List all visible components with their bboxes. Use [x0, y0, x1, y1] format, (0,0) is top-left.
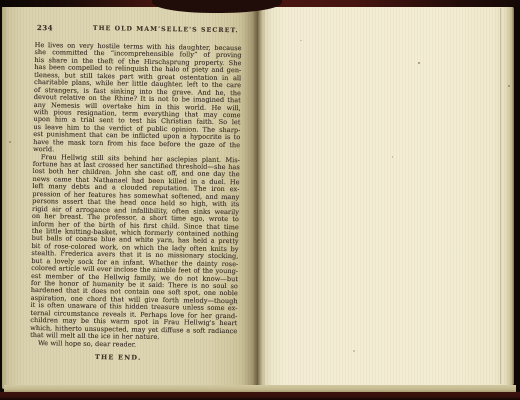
left-page-content: 234 THE OLD MAM'SELLE'S SECRET. He lives…	[30, 23, 242, 363]
page-edge-line	[500, 8, 501, 384]
scanned-book-photo: 234 THE OLD MAM'SELLE'S SECRET. He lives…	[0, 0, 520, 400]
paper-texture	[258, 6, 514, 386]
right-page-blank	[258, 6, 514, 386]
foxing-speck	[300, 40, 302, 41]
page-header: 234 THE OLD MAM'SELLE'S SECRET.	[35, 23, 242, 34]
foxing-speck	[9, 141, 11, 143]
foxing-speck	[392, 156, 393, 158]
running-header: THE OLD MAM'SELLE'S SECRET.	[93, 25, 234, 34]
foxing-speck	[353, 350, 355, 352]
page-block-bottom-edge	[4, 385, 516, 392]
foxing-speck	[508, 85, 510, 87]
gutter-fold-highlight	[265, 6, 268, 386]
body-text: He lives on very hostile terms with his …	[30, 42, 242, 350]
book-cover-bottom-edge	[0, 392, 520, 400]
page-number: 234	[37, 23, 53, 32]
left-page: 234 THE OLD MAM'SELLE'S SECRET. He lives…	[2, 5, 258, 389]
foxing-speck	[418, 62, 420, 64]
the-end-label: THE END.	[30, 352, 237, 363]
